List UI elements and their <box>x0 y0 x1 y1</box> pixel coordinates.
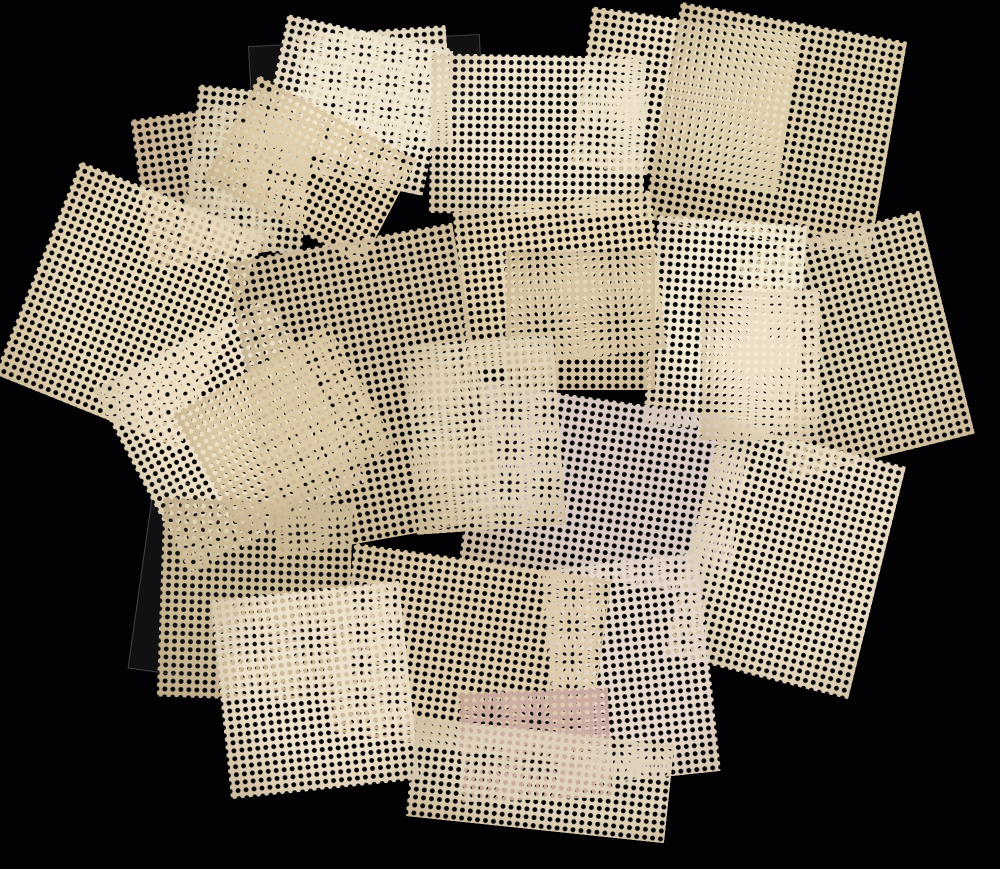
stamp-pile-photo <box>0 0 1000 869</box>
stamp-back <box>404 335 567 535</box>
stamp-back <box>429 53 647 217</box>
stamp-back <box>700 290 820 440</box>
stamp-back <box>210 581 420 800</box>
